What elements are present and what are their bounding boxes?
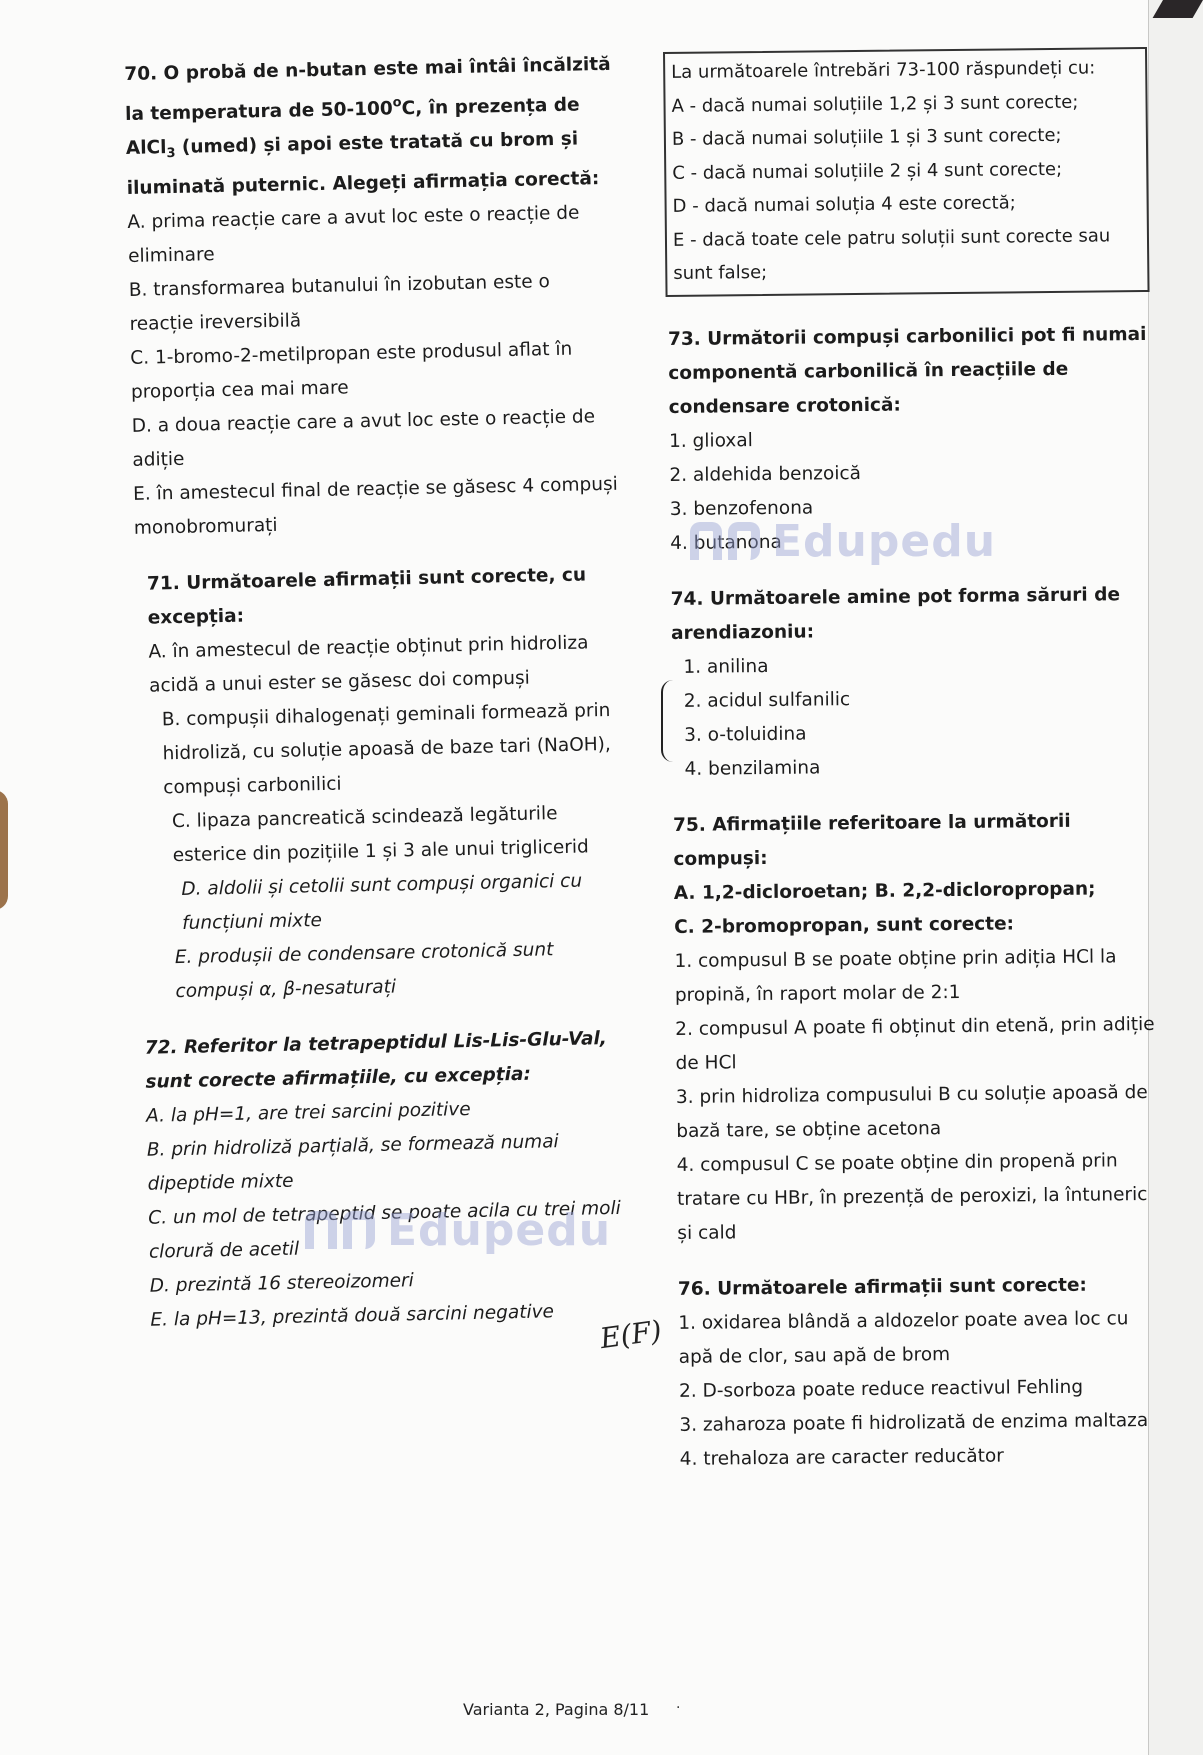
option-b: B. compușii dihalogenați geminali formea…	[150, 694, 630, 806]
option-3: 3. zaharoza poate fi hidrolizată de enzi…	[679, 1403, 1169, 1442]
instruction-a: A - dacă numai soluțiile 1,2 și 3 sunt c…	[671, 85, 1139, 123]
right-column: La următoarele întrebări 73-100 răspunde…	[665, 47, 1170, 1499]
option-a: A. prima reacție care a avut loc este o …	[127, 196, 618, 274]
question-75-title: 75. Afirmațiile referitoare la următorii…	[673, 803, 1164, 876]
left-column: 70. O probă de n-butan este mai întâi în…	[124, 48, 641, 1360]
option-3: 3. prin hidroliza compusului B cu soluți…	[676, 1075, 1167, 1148]
option-d: D. a doua reacție care a avut loc este o…	[131, 400, 622, 478]
question-75-compounds: A. 1,2-dicloroetan; B. 2,2-dicloropropan…	[674, 871, 1164, 910]
option-1: 1. glioxal	[669, 419, 1159, 458]
watermark-text: Edupedu	[772, 516, 996, 567]
watermark: Edupedu	[690, 516, 996, 567]
question-76: 76. Următoarele afirmații sunt corecte: …	[678, 1267, 1170, 1476]
question-74: 74. Următoarele amine pot forma săruri d…	[671, 577, 1163, 786]
instruction-b: B - dacă numai soluțiile 1 și 3 sunt cor…	[672, 118, 1140, 156]
option-4: 4. benzilamina	[672, 747, 1162, 786]
option-c: C. 1-bromo-2-metilpropan este produsul a…	[130, 332, 621, 410]
question-76-title: 76. Următoarele afirmații sunt corecte:	[678, 1267, 1168, 1306]
option-2: 2. acidul sulfanilic	[672, 679, 1162, 718]
option-2: 2. aldehida benzoică	[669, 453, 1159, 492]
option-c: C. lipaza pancreatică scindează legături…	[152, 796, 631, 874]
edupedu-logo-icon	[690, 522, 760, 560]
option-d: D. aldolii și cetolii sunt compuși organ…	[153, 864, 632, 942]
question-72-title: 72. Referitor la tetrapeptidul Lis-Lis-G…	[144, 1022, 635, 1100]
finger-shadow	[0, 790, 8, 910]
answer-key-instructions: La următoarele întrebări 73-100 răspunde…	[663, 47, 1150, 297]
instruction-e: E - dacă toate cele patru soluții sunt c…	[673, 219, 1142, 291]
option-2: 2. D-sorboza poate reduce reactivul Fehl…	[679, 1369, 1169, 1408]
page-footer: Varianta 2, Pagina 8/11	[463, 1700, 649, 1719]
option-e: E. produșii de condensare crotonică sunt…	[155, 932, 634, 1010]
footer-mark: ·	[676, 1700, 680, 1716]
option-3: 3. o-toluidina	[672, 713, 1162, 752]
q70-title-part: (umed) și apoi este tratată cu brom și i…	[127, 129, 600, 199]
instruction-d: D - dacă numai soluția 4 este corectă;	[672, 185, 1140, 223]
instruction-c: C - dacă numai soluțiile 2 și 4 sunt cor…	[672, 152, 1140, 190]
question-74-title: 74. Următoarele amine pot forma săruri d…	[671, 577, 1162, 650]
option-1: 1. compusul B se poate obține prin adiți…	[674, 939, 1165, 1012]
option-4: 4. compusul C se poate obține din propen…	[676, 1143, 1167, 1250]
degree-sup: o	[393, 95, 402, 110]
question-72: 72. Referitor la tetrapeptidul Lis-Lis-G…	[144, 1022, 640, 1338]
edupedu-logo-icon	[305, 1211, 375, 1249]
subscript-3: 3	[166, 146, 175, 161]
option-b: B. prin hidroliză parțială, se formează …	[147, 1124, 638, 1202]
option-b: B. transformarea butanului în izobutan e…	[129, 264, 620, 342]
question-70: 70. O probă de n-butan este mai întâi în…	[124, 48, 624, 546]
watermark: Edupedu	[305, 1205, 611, 1256]
handwritten-brace	[661, 680, 673, 762]
question-75: 75. Afirmațiile referitoare la următorii…	[673, 803, 1168, 1250]
option-1: 1. anilina	[671, 645, 1161, 684]
instructions-intro: La următoarele întrebări 73-100 răspunde…	[671, 51, 1139, 89]
question-71: 71. Următoarele afirmații sunt corecte, …	[135, 558, 634, 1010]
option-1: 1. oxidarea blândă a aldozelor poate ave…	[678, 1301, 1169, 1374]
option-2: 2. compusul A poate fi obținut din etenă…	[675, 1007, 1166, 1080]
option-a: A. în amestecul de reacție obținut prin …	[148, 626, 627, 704]
question-73-title: 73. Următorii compuși carbonilici pot fi…	[668, 317, 1159, 424]
watermark-text: Edupedu	[387, 1205, 611, 1256]
option-e: E. în amestecul final de reacție se găse…	[133, 468, 624, 546]
option-4: 4. trehaloza are caracter reducător	[680, 1437, 1170, 1476]
question-70-title: 70. O probă de n-butan este mai întâi în…	[124, 48, 617, 206]
question-71-title: 71. Următoarele afirmații sunt corecte, …	[147, 558, 626, 636]
question-75-compounds: C. 2-bromopropan, sunt corecte:	[674, 905, 1164, 944]
